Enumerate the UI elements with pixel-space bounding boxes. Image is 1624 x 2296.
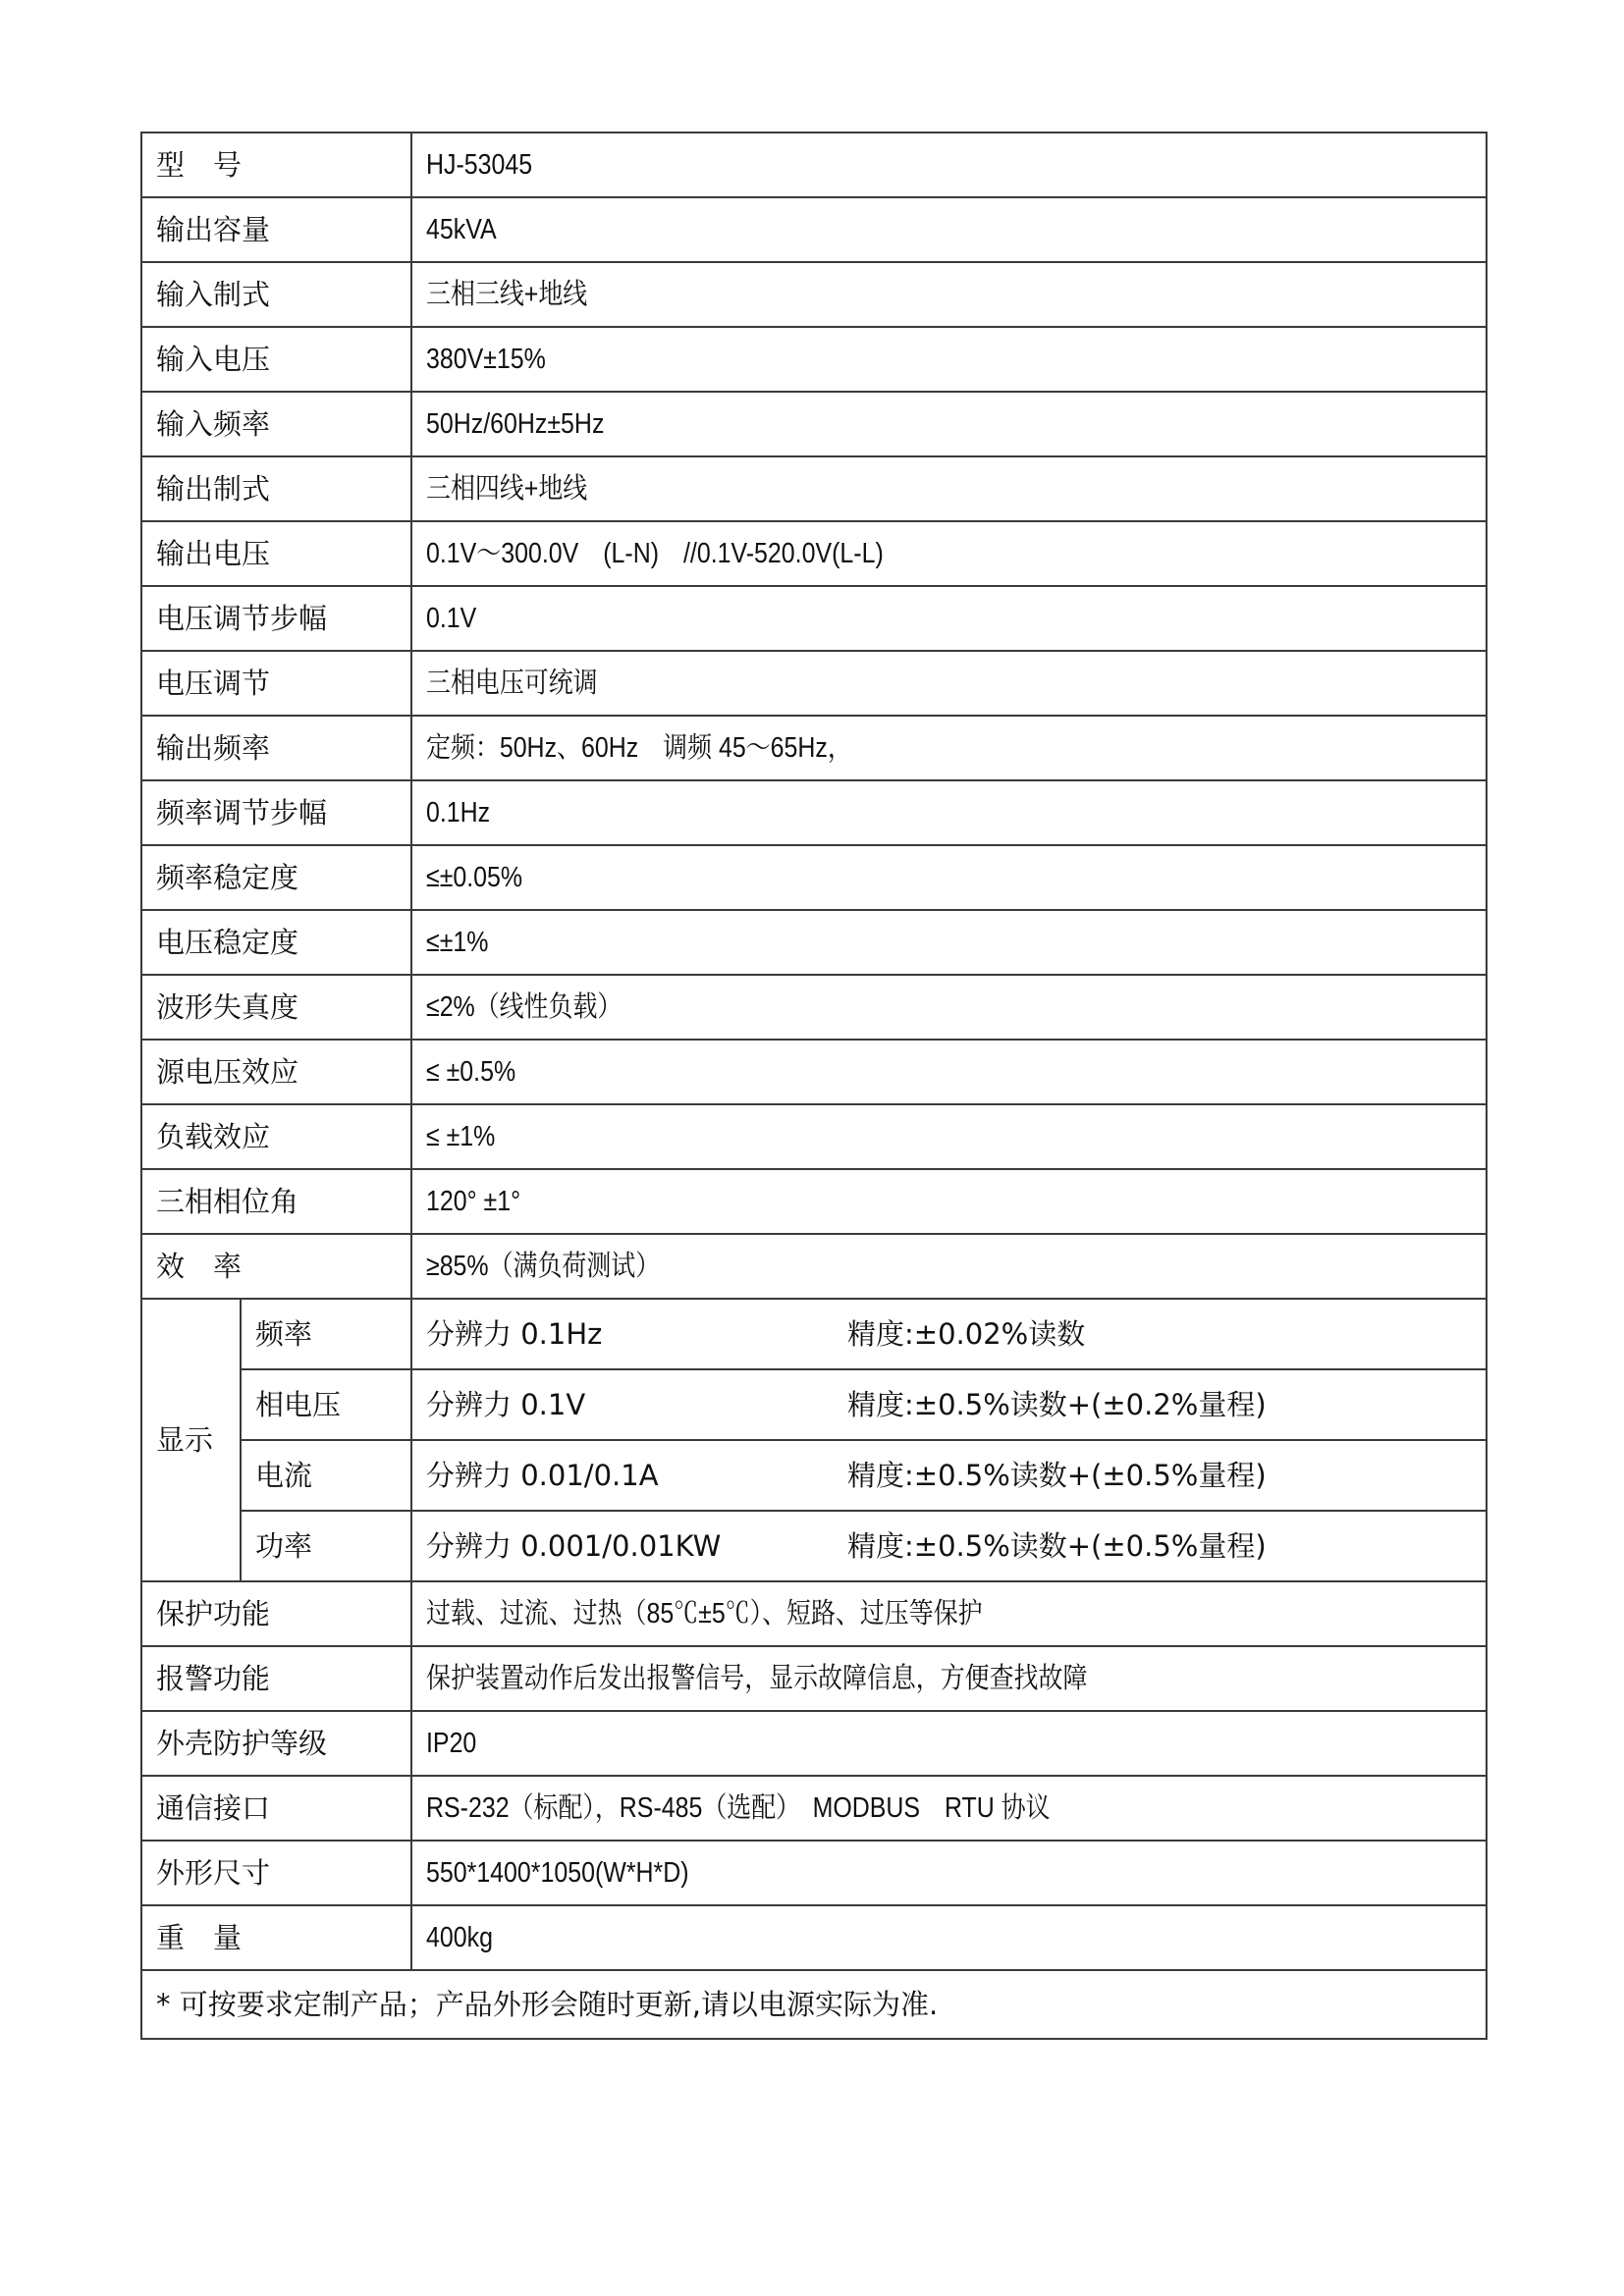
spec-label: 输出频率 (141, 716, 411, 780)
spec-value: 0.1Hz (411, 780, 1487, 845)
spec-label: 输出容量 (141, 197, 411, 262)
display-resolution: 分辨力 0.1V (426, 1388, 585, 1421)
display-value: 分辨力 0.01/0.1A 精度:±0.5%读数+(±0.5%量程) (411, 1440, 1487, 1511)
spec-row-output-frequency: 输出频率 定频：50Hz、60Hz 调频 45～65Hz， (141, 716, 1487, 780)
spec-row-waveform-distortion: 波形失真度 ≤2%（线性负载） (141, 975, 1487, 1040)
display-precision: 精度:±0.5%读数+(±0.5%量程) (847, 1532, 1267, 1561)
spec-row-frequency-step: 频率调节步幅 0.1Hz (141, 780, 1487, 845)
spec-value: 定频：50Hz、60Hz 调频 45～65Hz， (411, 716, 1487, 780)
display-sublabel: 相电压 (241, 1369, 411, 1440)
spec-value-text: ≤±1% (426, 929, 488, 957)
spec-label: 输入电压 (141, 327, 411, 392)
spec-value: 380V±15% (411, 327, 1487, 392)
spec-row-weight: 重 量 400kg (141, 1905, 1487, 1970)
spec-value-text: 保护装置动作后发出报警信号，显示故障信息，方便查找故障 (426, 1665, 1087, 1693)
display-group-label: 显示 (141, 1299, 241, 1581)
spec-value-text: 50Hz/60Hz±5Hz (426, 410, 604, 439)
spec-value-text: 0.1V～300.0V (L-N) //0.1V-520.0V(L-L) (426, 540, 884, 568)
display-sublabel: 频率 (241, 1299, 411, 1369)
spec-value: 过载、过流、过热（85℃±5℃）、短路、过压等保护 (411, 1581, 1487, 1646)
spec-value: 400kg (411, 1905, 1487, 1970)
spec-row-communication: 通信接口 RS-232（标配），RS-485（选配） MODBUS RTU 协议 (141, 1776, 1487, 1841)
spec-value: RS-232（标配），RS-485（选配） MODBUS RTU 协议 (411, 1776, 1487, 1841)
spec-value: ≤ ±0.5% (411, 1040, 1487, 1104)
display-sublabel: 电流 (241, 1440, 411, 1511)
display-row-power: 功率 分辨力 0.001/0.01KW 精度:±0.5%读数+(±0.5%量程) (141, 1511, 1487, 1581)
spec-row-voltage-step: 电压调节步幅 0.1V (141, 586, 1487, 651)
spec-value-text: ≤±0.05% (426, 864, 522, 892)
display-value: 分辨力 0.1V 精度:±0.5%读数+(±0.2%量程) (411, 1369, 1487, 1440)
display-precision: 精度:±0.5%读数+(±0.5%量程) (847, 1462, 1267, 1490)
spec-row-frequency-stability: 频率稳定度 ≤±0.05% (141, 845, 1487, 910)
spec-label: 保护功能 (141, 1581, 411, 1646)
spec-label: 效 率 (141, 1234, 411, 1299)
spec-value: IP20 (411, 1711, 1487, 1776)
spec-row-phase-angle: 三相相位角 120° ±1° (141, 1169, 1487, 1234)
spec-value-text: ≥85%（满负荷测试） (426, 1253, 660, 1281)
display-resolution: 分辨力 0.1Hz (426, 1317, 602, 1351)
spec-label: 频率调节步幅 (141, 780, 411, 845)
display-resolution: 分辨力 0.001/0.01KW (426, 1529, 721, 1563)
spec-label: 三相相位角 (141, 1169, 411, 1234)
spec-value: 45kVA (411, 197, 1487, 262)
spec-value-text: 过载、过流、过热（85℃±5℃）、短路、过压等保护 (426, 1600, 983, 1629)
spec-label: 输入制式 (141, 262, 411, 327)
spec-row-enclosure-rating: 外壳防护等级 IP20 (141, 1711, 1487, 1776)
spec-row-dimensions: 外形尺寸 550*1400*1050(W*H*D) (141, 1841, 1487, 1905)
display-value: 分辨力 0.1Hz 精度:±0.02%读数 (411, 1299, 1487, 1369)
spec-label: 输入频率 (141, 392, 411, 456)
display-row-current: 电流 分辨力 0.01/0.1A 精度:±0.5%读数+(±0.5%量程) (141, 1440, 1487, 1511)
spec-value: ≤2%（线性负载） (411, 975, 1487, 1040)
spec-value: ≤ ±1% (411, 1104, 1487, 1169)
spec-value: 三相电压可统调 (411, 651, 1487, 716)
spec-row-voltage-stability: 电压稳定度 ≤±1% (141, 910, 1487, 975)
spec-label: 电压稳定度 (141, 910, 411, 975)
display-row-frequency: 显示 频率 分辨力 0.1Hz 精度:±0.02%读数 (141, 1299, 1487, 1369)
spec-row-output-system: 输出制式 三相四线+地线 (141, 456, 1487, 521)
display-sublabel: 功率 (241, 1511, 411, 1581)
spec-value-text: 550*1400*1050(W*H*D) (426, 1859, 689, 1888)
spec-value-text: IP20 (426, 1730, 476, 1758)
spec-label: 负载效应 (141, 1104, 411, 1169)
spec-label: 外壳防护等级 (141, 1711, 411, 1776)
spec-value-text: 400kg (426, 1924, 493, 1952)
spec-value-text: ≤ ±0.5% (426, 1058, 515, 1087)
spec-value-text: 三相电压可统调 (426, 669, 598, 698)
spec-row-model: 型 号 HJ-53045 (141, 133, 1487, 197)
footnote-row: * 可按要求定制产品；产品外形会随时更新,请以电源实际为准. (141, 1970, 1487, 2039)
display-row-phase-voltage: 相电压 分辨力 0.1V 精度:±0.5%读数+(±0.2%量程) (141, 1369, 1487, 1440)
spec-label: 外形尺寸 (141, 1841, 411, 1905)
spec-value-text: 三相三线+地线 (426, 281, 587, 309)
spec-value: 保护装置动作后发出报警信号，显示故障信息，方便查找故障 (411, 1646, 1487, 1711)
spec-value-text: RS-232（标配），RS-485（选配） MODBUS RTU 协议 (426, 1794, 1051, 1823)
spec-value: 0.1V～300.0V (L-N) //0.1V-520.0V(L-L) (411, 521, 1487, 586)
spec-row-output-capacity: 输出容量 45kVA (141, 197, 1487, 262)
spec-label: 输出电压 (141, 521, 411, 586)
display-precision: 精度:±0.02%读数 (847, 1320, 1085, 1349)
spec-value-text: 120° ±1° (426, 1188, 520, 1216)
spec-value: ≤±1% (411, 910, 1487, 975)
spec-label: 电压调节 (141, 651, 411, 716)
display-resolution: 分辨力 0.01/0.1A (426, 1459, 659, 1492)
spec-row-output-voltage: 输出电压 0.1V～300.0V (L-N) //0.1V-520.0V(L-L… (141, 521, 1487, 586)
spec-value-text: 0.1Hz (426, 799, 490, 828)
spec-label: 频率稳定度 (141, 845, 411, 910)
spec-value: 50Hz/60Hz±5Hz (411, 392, 1487, 456)
spec-row-input-frequency: 输入频率 50Hz/60Hz±5Hz (141, 392, 1487, 456)
spec-value: 三相四线+地线 (411, 456, 1487, 521)
spec-table: 型 号 HJ-53045 输出容量 45kVA 输入制式 三相三线+地线 输入电… (140, 132, 1488, 2040)
spec-value: ≤±0.05% (411, 845, 1487, 910)
spec-value-text: HJ-53045 (426, 151, 532, 180)
spec-row-load-effect: 负载效应 ≤ ±1% (141, 1104, 1487, 1169)
spec-label: 报警功能 (141, 1646, 411, 1711)
spec-row-input-system: 输入制式 三相三线+地线 (141, 262, 1487, 327)
spec-row-input-voltage: 输入电压 380V±15% (141, 327, 1487, 392)
spec-row-efficiency: 效 率 ≥85%（满负荷测试） (141, 1234, 1487, 1299)
spec-value-text: 三相四线+地线 (426, 475, 587, 504)
spec-value-text: ≤ ±1% (426, 1123, 495, 1151)
spec-value: 0.1V (411, 586, 1487, 651)
spec-value: 120° ±1° (411, 1169, 1487, 1234)
spec-value: 三相三线+地线 (411, 262, 1487, 327)
spec-value: ≥85%（满负荷测试） (411, 1234, 1487, 1299)
spec-value-text: 45kVA (426, 216, 497, 244)
spec-value-text: 定频：50Hz、60Hz 调频 45～65Hz， (426, 734, 852, 763)
spec-row-source-effect: 源电压效应 ≤ ±0.5% (141, 1040, 1487, 1104)
spec-label: 输出制式 (141, 456, 411, 521)
spec-row-voltage-adjust: 电压调节 三相电压可统调 (141, 651, 1487, 716)
display-value: 分辨力 0.001/0.01KW 精度:±0.5%读数+(±0.5%量程) (411, 1511, 1487, 1581)
spec-label: 通信接口 (141, 1776, 411, 1841)
footnote: * 可按要求定制产品；产品外形会随时更新,请以电源实际为准. (141, 1970, 1487, 2039)
spec-row-protection: 保护功能 过载、过流、过热（85℃±5℃）、短路、过压等保护 (141, 1581, 1487, 1646)
spec-value-text: ≤2%（线性负载） (426, 993, 622, 1022)
spec-value-text: 0.1V (426, 605, 476, 633)
spec-value: HJ-53045 (411, 133, 1487, 197)
spec-value-text: 380V±15% (426, 346, 546, 374)
display-precision: 精度:±0.5%读数+(±0.2%量程) (847, 1391, 1267, 1419)
spec-label: 电压调节步幅 (141, 586, 411, 651)
spec-label: 重 量 (141, 1905, 411, 1970)
spec-label: 型 号 (141, 133, 411, 197)
spec-value: 550*1400*1050(W*H*D) (411, 1841, 1487, 1905)
spec-label: 源电压效应 (141, 1040, 411, 1104)
spec-label: 波形失真度 (141, 975, 411, 1040)
spec-row-alarm: 报警功能 保护装置动作后发出报警信号，显示故障信息，方便查找故障 (141, 1646, 1487, 1711)
